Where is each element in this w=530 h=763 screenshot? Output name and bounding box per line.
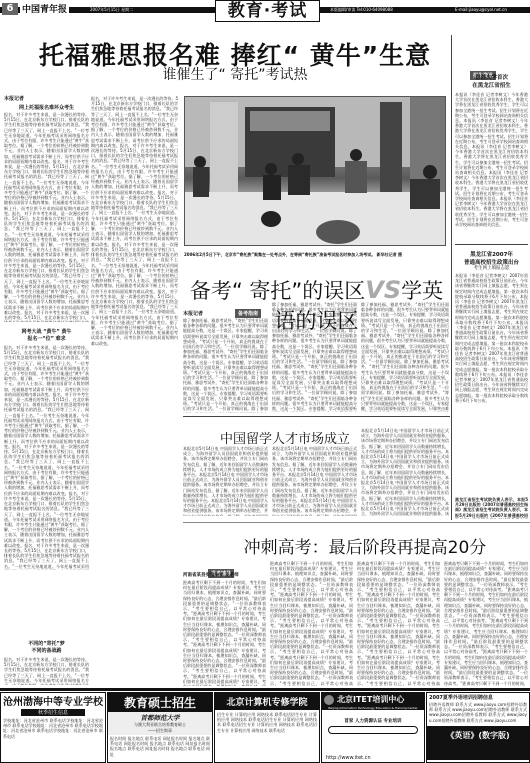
story4-col1: 距离高考只剩下不到一个月的时间，考生们如何在最后阶段再提高成绩？专家建议，考生应… xyxy=(183,580,266,686)
main-body-col1b: 报名，对于许多考生来说，是一次漫长的等待。5月15日，在北京新东方学校门口，排着… xyxy=(4,345,89,570)
ad1-text: 学校地址：河北省沧州市 联系电话学校地址：河北省沧州市 联系电话学校地址：河北省… xyxy=(1,717,105,757)
ad5-text: 招聘外语教师 联系方式 www.jiaoyu.com招聘外语教师 联系方式 ww… xyxy=(427,702,529,726)
sidebar-story2-title: 黑龙江省2007年 普通高校招生政策出台 xyxy=(455,250,528,266)
main-subtitle: 谁催生了“ 寄托”考试热 xyxy=(140,64,330,84)
itet-logo-icon xyxy=(324,695,334,705)
ad4-title: 北京ITET培训中心 xyxy=(337,694,404,705)
ad1-subtitle: 秋季招生信息 xyxy=(21,709,85,716)
sidebar-story2-text: 本报讯（李佳音 记者李树文）2007年黑龙江省普通高校招生政策日前出台。今年该省… xyxy=(455,273,528,495)
section-title: 教育·考试 xyxy=(215,0,320,22)
ad-itet-center[interactable]: 北京ITET培训中心 Beijing Information Technolog… xyxy=(321,692,425,763)
main-body-col1: 报名，对于许多考生来说，是一次漫长的等待。5月15日，在北京新东方学校门口，排着… xyxy=(4,112,89,322)
ad4-subtitle: Beijing Information Technology Education… xyxy=(322,706,424,710)
sidebar-divider-1 xyxy=(455,244,528,245)
main-byline: 本报记者 xyxy=(4,95,24,102)
ad5-title: 2007夏季外语培训招聘信息 xyxy=(427,693,529,702)
story4-col4: 距离高考只剩下不到一个月的时间，考生们如何在最后阶段再提高成绩？专家建议，考生应… xyxy=(444,561,528,686)
story3-col3: 本报北京5月14日电 中国留学人才市场日前正式成立，为海外留学人员回国就业和创业… xyxy=(361,428,449,516)
story3-col2: 本报北京5月14日电 中国留学人才市场日前正式成立，为海外留学人员回国就业和创业… xyxy=(272,446,357,516)
ad3-text: 招生专业 计算机应用 网络技术 联系电话招生专业 计算机应用 网络技术 联系电话… xyxy=(215,710,319,762)
ads-top-rule xyxy=(0,688,530,691)
photo-caption: 2006年2月5日下午，北京市“寄托族”聚集在一处考点外，在等候“寄托族”准备考… xyxy=(184,252,454,258)
story4-col3: 距离高考只剩下不到一个月的时间，考生们如何在最后阶段再提高成绩？专家建议，考生应… xyxy=(357,561,440,686)
ad-cangzhou-school[interactable]: 沧州渤海中等专业学校 秋季招生信息 学校地址：河北省沧州市 联系电话学校地址：河… xyxy=(0,692,106,763)
sidebar-story3-text: 黑龙江省招生考试院负责人表示，本报5月29日出版的《2007年普通高校招生指南》… xyxy=(455,497,528,519)
editor-info: 本版编辑/审读 Tel:010-64098088 xyxy=(330,7,393,13)
ad2-line3: ——招生简章 xyxy=(110,728,210,734)
main-body-col1c: 报名，对于许多考生来说，是一次漫长的等待。5月15日，在北京新东方学校门口，排着… xyxy=(4,657,89,685)
main-section-head-2: 网考大战 “黄牛” 黄牛 报名一“位” 难求 xyxy=(4,328,89,342)
news-photo xyxy=(184,96,446,246)
ad1-title: 沧州渤海中等专业学校 xyxy=(1,693,105,708)
date: 2007年5月15日 星期二 xyxy=(90,7,133,13)
sidebar-story1-text: 本报讯（李佳音 记者李树文）今年香港大学首次在黑龙江省招收本科生。香港大学将在黑… xyxy=(455,92,528,240)
paper-name: 中国青年报 xyxy=(20,2,69,15)
story2-col2: 除了参加托福、雅思考试外，“寄托”学生们还面临各种各样的问题。很多考生认为只要背… xyxy=(272,302,357,412)
ad4-oval-box xyxy=(328,726,418,734)
ad-summer-recruit[interactable]: 2007夏季外语培训招聘信息 招聘外语教师 联系方式 www.jiaoyu.co… xyxy=(426,692,530,763)
sidebar-story2-subtitle: 考生网上填报志愿 xyxy=(455,265,528,271)
photo-scene-icon xyxy=(185,97,446,246)
story4-byline: 河南省某县实验中学 王老师 xyxy=(183,572,239,578)
email: E-mail:jiaoyu@cyol.net.cn xyxy=(455,7,507,13)
ad2-title: 教育硕士招生 xyxy=(108,693,212,712)
story4-col2: 距离高考只剩下不到一个月的时间，考生们如何在最后阶段再提高成绩？专家建议，考生应… xyxy=(270,561,353,686)
main-section-head: 网上托福报名难坏众考生 xyxy=(4,104,89,111)
ad2-subtitle: 首都师范大学 xyxy=(110,713,210,722)
ad5-book-title: 《英语》(数字版) xyxy=(427,726,529,760)
story2-byline: 本报记者 xyxy=(183,310,203,317)
section-divider xyxy=(183,522,530,523)
story3-col1: 本报北京5月14日电 中国留学人才市场日前正式成立，为海外留学人员回国就业和创业… xyxy=(183,446,268,516)
ad4-url[interactable]: http://www.itet.cn xyxy=(326,755,371,761)
story3-headline: 中国留学人才市场成立 xyxy=(215,428,355,447)
story4-headline: 冲刺高考：最后阶段再提高20分 xyxy=(215,533,515,558)
ad-education-master[interactable]: 教育硕士招生 首都师范大学 与澳大利亚联合培养教育硕士 ——招生简章 报名时间 … xyxy=(107,692,213,763)
story2-divider xyxy=(183,416,450,417)
main-section-head-3: 不同的“寄托”梦 不同的备战路 xyxy=(4,640,89,654)
ad-beijing-computer[interactable]: 北京计算机专修学院 招生专业 计算机应用 网络技术 联系电话招生专业 计算机应用… xyxy=(214,692,320,763)
sidebar-divider xyxy=(451,35,452,520)
story2-label: 备考指南 xyxy=(235,300,261,319)
ad3-title: 北京计算机专修学院 xyxy=(215,693,319,710)
main-body-col2: 报名，对于许多考生来说，是一次漫长的等待。5月15日，在北京新东方学校门口，排着… xyxy=(91,96,178,686)
sidebar-story1-title: 香港大学首次 在黑龙江省招生 xyxy=(455,73,528,89)
ad4-line2: 首家 人力资源认证 专业培训 xyxy=(322,718,424,724)
story2-col3: 除了参加托福、雅思考试外，“寄托”学生们还面临各种各样的问题。很多考生认为只要背… xyxy=(361,302,449,412)
ad2-text: 报名时间 报名地点 联系电话 网址报名时间 报名地点 联系电话 网址报名时间 报… xyxy=(108,735,212,763)
page-number: 6 xyxy=(2,3,18,15)
story2-col1: 除了参加托福、雅思考试外，“寄托”学生们还面临各种各样的问题。很多考生认为只要背… xyxy=(183,318,268,413)
